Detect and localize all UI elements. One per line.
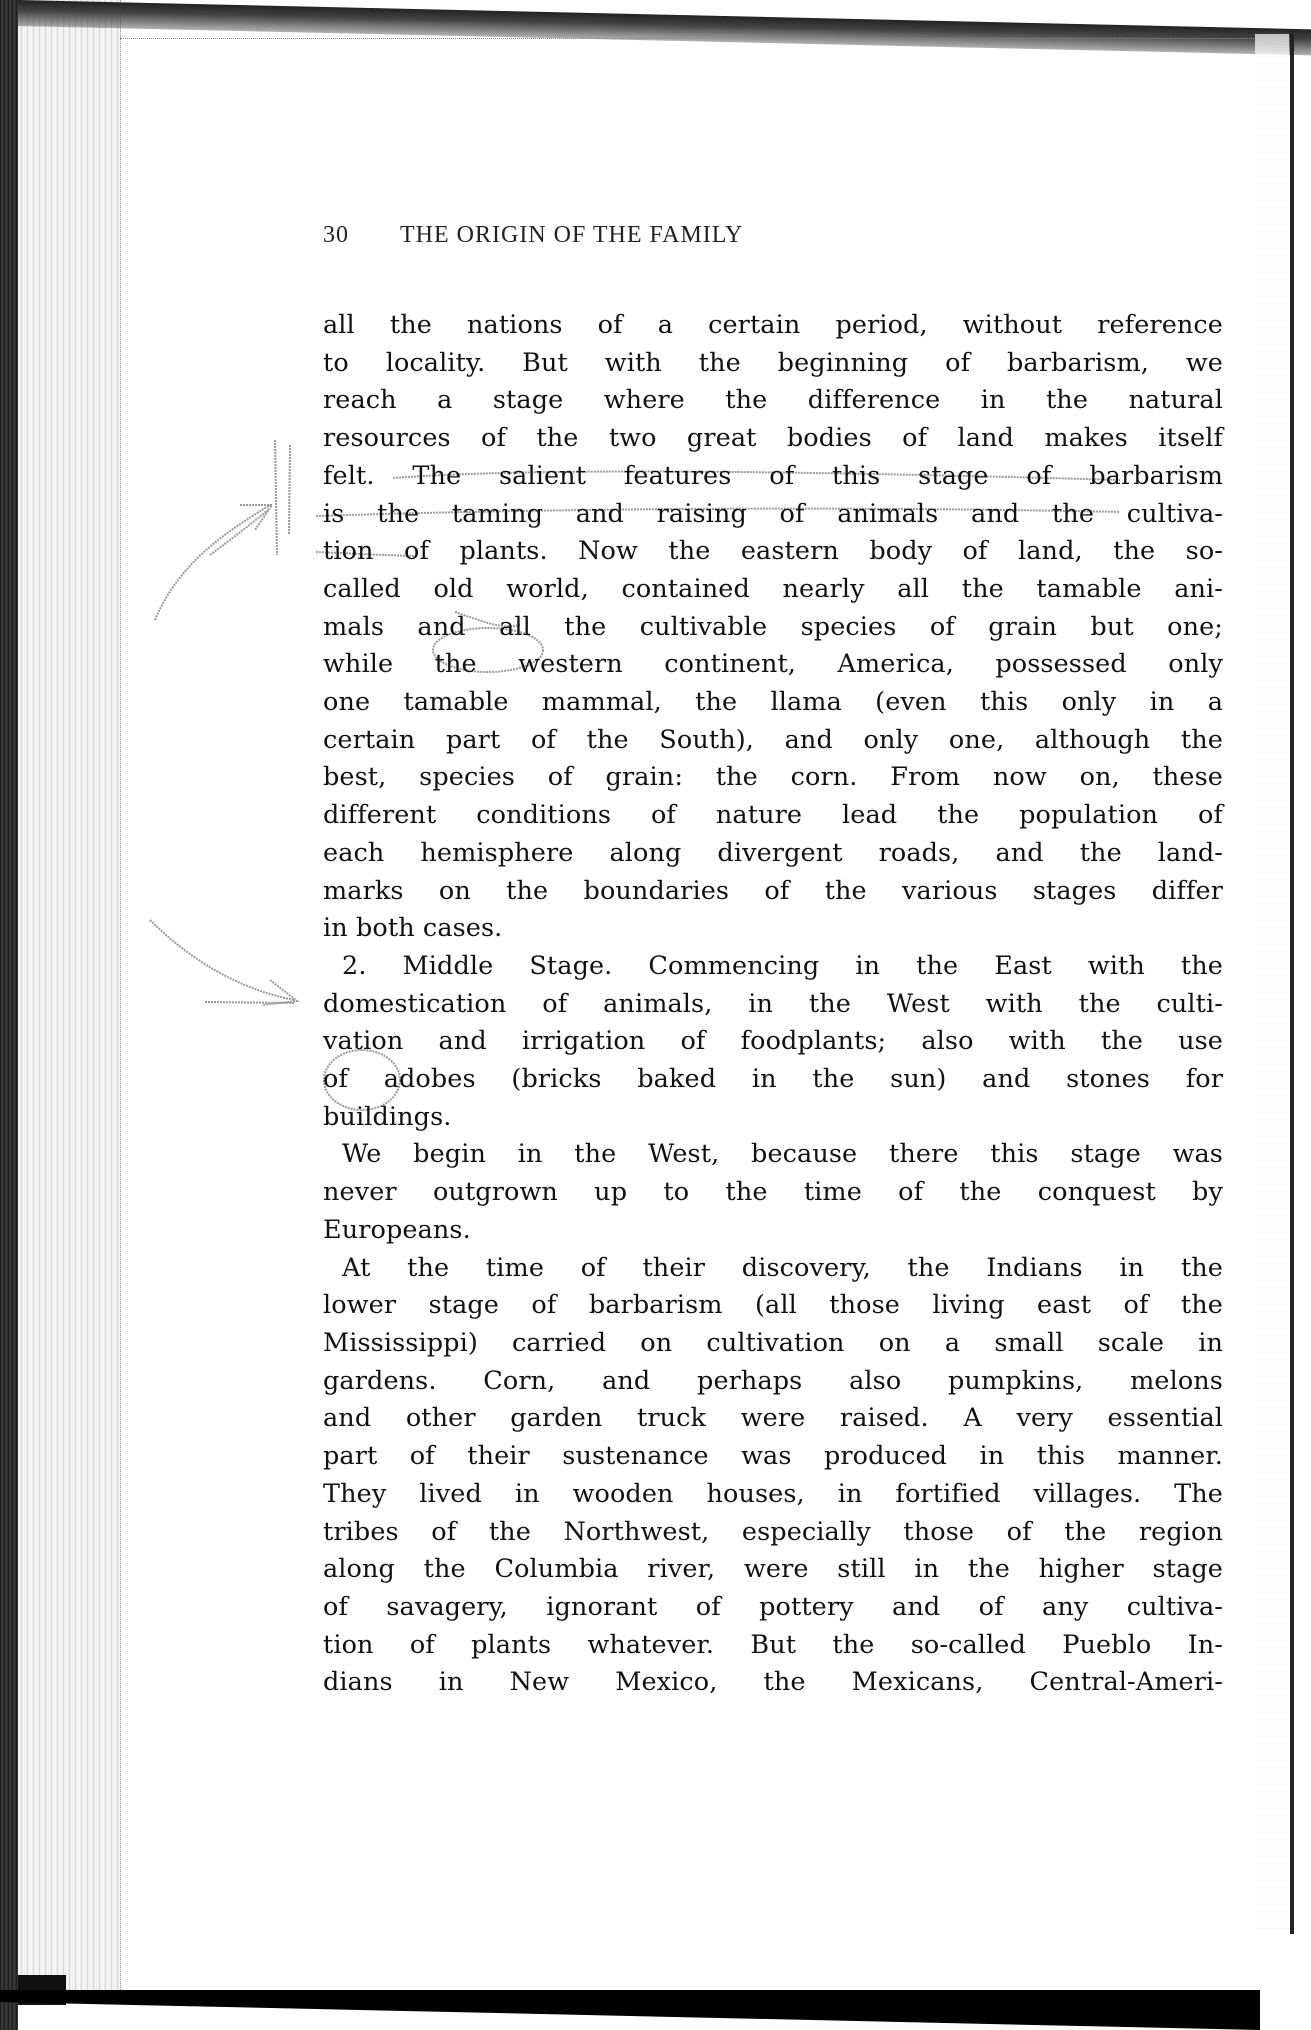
book-spine-edge [0, 0, 18, 2030]
text-line: buildings. [323, 1099, 1223, 1137]
text-line: tion of plants whatever. But the so-call… [323, 1627, 1223, 1665]
text-line: to locality. But with the beginning of b… [323, 345, 1223, 383]
text-line: They lived in wooden houses, in fortifie… [323, 1476, 1223, 1514]
text-line: tribes of the Northwest, especially thos… [323, 1514, 1223, 1552]
binding-gutter [0, 0, 121, 2000]
text-line: different conditions of nature lead the … [323, 797, 1223, 835]
text-line: mals and all the cultivable species of g… [323, 609, 1223, 647]
margin-double-line-icon [275, 440, 277, 555]
text-line: each hemisphere along divergent roads, a… [323, 835, 1223, 873]
text-line: of adobes (bricks baked in the sun) and … [323, 1061, 1223, 1099]
text-line: while the western continent, America, po… [323, 646, 1223, 684]
text-line: part of their sustenance was produced in… [323, 1438, 1223, 1476]
text-line: dians in New Mexico, the Mexicans, Centr… [323, 1664, 1223, 1702]
running-header: 30 THE ORIGIN OF THE FAMILY [323, 222, 1223, 262]
text-line: lower stage of barbarism (all those livi… [323, 1287, 1223, 1325]
text-line: resources of the two great bodies of lan… [323, 420, 1223, 458]
text-line: domestication of animals, in the West wi… [323, 986, 1223, 1024]
right-margin-stipple [1255, 34, 1289, 1934]
text-line: one tamable mammal, the llama (even this… [323, 684, 1223, 722]
text-line: felt. The salient features of this stage… [323, 458, 1223, 496]
body-text: all the nations of a certain period, wit… [323, 307, 1223, 1702]
text-line: certain part of the South), and only one… [323, 722, 1223, 760]
text-line: Europeans. [323, 1212, 1223, 1250]
text-line: Mississippi) carried on cultivation on a… [323, 1325, 1223, 1363]
running-title: THE ORIGIN OF THE FAMILY [400, 222, 743, 249]
text-line: along the Columbia river, were still in … [323, 1551, 1223, 1589]
top-page-edge [18, 0, 1311, 55]
text-line: vation and irrigation of foodplants; als… [323, 1023, 1223, 1061]
page-number: 30 [323, 222, 349, 249]
text-line: At the time of their discovery, the Indi… [323, 1250, 1223, 1288]
text-line: reach a stage where the difference in th… [323, 382, 1223, 420]
text-line: called old world, contained nearly all t… [323, 571, 1223, 609]
text-line: tion of plants. Now the eastern body of … [323, 533, 1223, 571]
text-line: gardens. Corn, and perhaps also pumpkins… [323, 1363, 1223, 1401]
text-line: We begin in the West, because there this… [323, 1136, 1223, 1174]
text-line: is the taming and raising of animals and… [323, 496, 1223, 534]
text-line: never outgrown up to the time of the con… [323, 1174, 1223, 1212]
text-line: all the nations of a certain period, wit… [323, 307, 1223, 345]
scanned-page: 30 THE ORIGIN OF THE FAMILY all the nati… [0, 0, 1311, 2030]
text-line: and other garden truck were raised. A ve… [323, 1400, 1223, 1438]
text-line: in both cases. [323, 910, 1223, 948]
text-line: marks on the boundaries of the various s… [323, 873, 1223, 911]
curved-arrow-up-icon [155, 505, 270, 620]
top-dotted-rule [120, 38, 1290, 41]
bottom-page-edge [0, 1990, 1260, 2030]
section-heading-line: 2. Middle Stage. Commencing in the East … [323, 948, 1223, 986]
right-page-edge [1290, 34, 1294, 1934]
book-page: 30 THE ORIGIN OF THE FAMILY all the nati… [323, 222, 1223, 1702]
curved-arrow-down-icon [150, 920, 295, 1000]
text-line: of savagery, ignorant of pottery and of … [323, 1589, 1223, 1627]
text-line: best, species of grain: the corn. From n… [323, 759, 1223, 797]
